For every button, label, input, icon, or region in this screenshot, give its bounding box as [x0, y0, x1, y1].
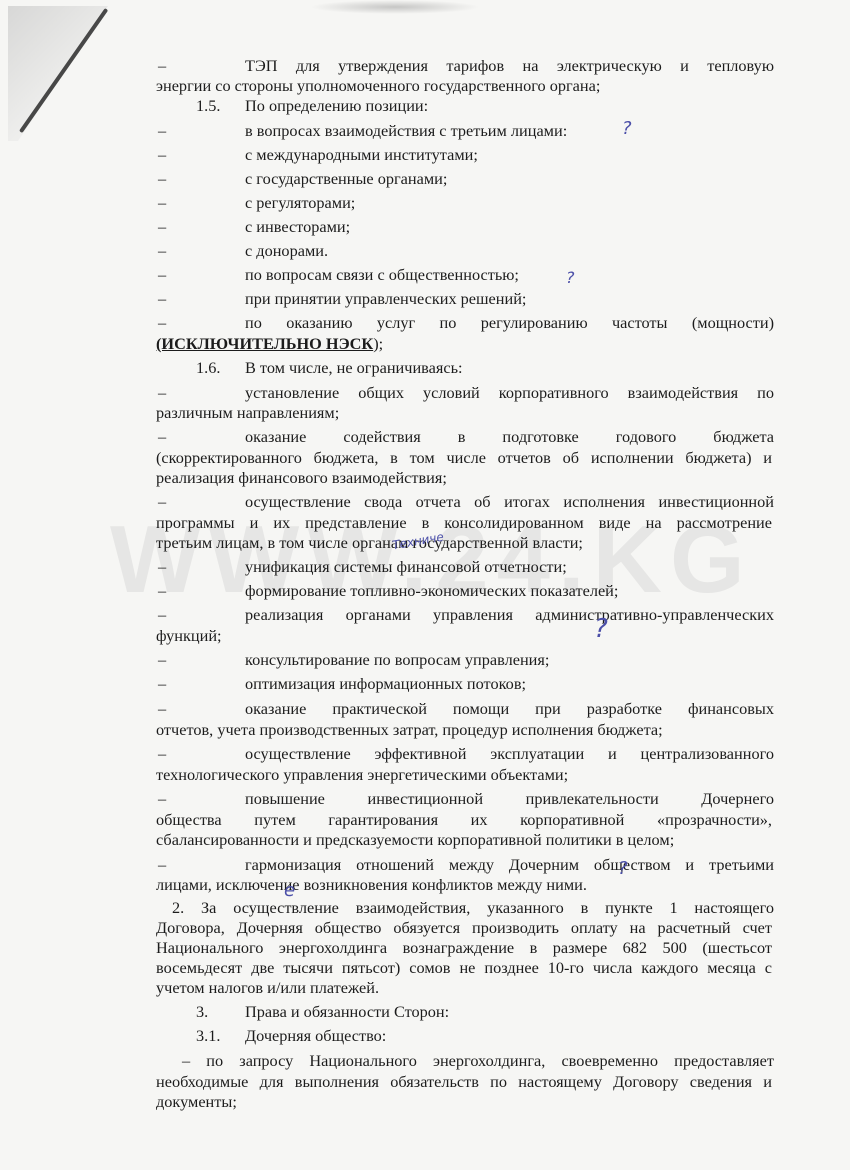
line-text: осуществление свода отчета об итогах исп… [245, 492, 774, 512]
list-item: –реализация органами управления админист… [158, 605, 774, 625]
list-item: –при принятии управленческих решений; [158, 289, 774, 309]
list-item: –с международными институтами; [158, 145, 774, 165]
section-title: По определению позиции: [245, 96, 428, 116]
list-item: –гармонизация отношений между Дочерним о… [158, 855, 774, 875]
section-2-line: 2. За осуществление взаимодействия, указ… [172, 898, 774, 918]
line-text: с государственные органами; [245, 169, 447, 189]
list-item: –оказание содействия в подготовке годово… [158, 427, 774, 447]
list-dash: – [158, 855, 166, 875]
list-item: –осуществление эффективной эксплуатации … [158, 744, 774, 764]
list-dash: – [158, 193, 166, 213]
line-text: в вопросах взаимодействия с третьим лица… [245, 121, 567, 141]
scan-smudge [310, 0, 480, 14]
line-text: консультирование по вопросам управления; [245, 650, 549, 670]
line-text: оказание практической помощи при разрабо… [245, 699, 774, 719]
list-dash: – [158, 313, 166, 333]
paragraph-line: технологического управления энергетическ… [156, 765, 772, 785]
line-text: при принятии управленческих решений; [245, 289, 526, 309]
list-dash: – [158, 789, 166, 809]
line-text: документы; [156, 1092, 237, 1111]
list-item: –оптимизация информационных потоков; [158, 674, 774, 694]
list-item: –с инвесторами; [158, 217, 774, 237]
paragraph-line: – ТЭП для утверждения тарифов на электри… [158, 56, 774, 76]
section-title: В том числе, не ограничиваясь: [245, 358, 463, 378]
list-dash: – [158, 427, 166, 447]
line-text: технологического управления энергетическ… [156, 765, 568, 784]
list-item: –по оказанию услуг по регулированию част… [158, 313, 774, 333]
paragraph-line: сбалансированности и предсказуемости кор… [156, 830, 772, 850]
list-item: –по вопросам связи с общественностью; [158, 265, 774, 285]
section-heading-1-6: 1.6. В том числе, не ограничиваясь: [158, 358, 774, 378]
section-number: 3. [196, 1002, 208, 1022]
section-title: Дочерняя общество: [245, 1026, 386, 1046]
paragraph-line: лицами, исключение возникновения конфлик… [156, 875, 772, 895]
list-dash: – [158, 121, 166, 141]
list-dash: – [158, 744, 166, 764]
paragraph-line: (ИСКЛЮЧИТЕЛЬНО НЭСК); [156, 334, 772, 354]
list-item: –оказание практической помощи при разраб… [158, 699, 774, 719]
section-heading-1-5: 1.5. По определению позиции: [158, 96, 774, 116]
list-dash: – [158, 650, 166, 670]
line-text: отчетов, учета производственных затрат, … [156, 720, 663, 739]
section-heading-3: 3. Права и обязанности Сторон: [158, 1002, 774, 1022]
list-item: –формирование топливно-экономических пок… [158, 581, 774, 601]
paragraph-line: функций; [156, 626, 772, 646]
list-dash: – [158, 241, 166, 261]
line-text: по оказанию услуг по регулированию часто… [245, 313, 774, 333]
line-text: учетом налогов и/или платежей. [156, 978, 379, 997]
paragraph-line: программы и их представление в консолиди… [156, 513, 772, 533]
list-dash: – [158, 383, 166, 403]
list-item: –с донорами. [158, 241, 774, 261]
line-text: с инвесторами; [245, 217, 350, 237]
handwritten-correction: е [284, 880, 295, 901]
section-title: Права и обязанности Сторон: [245, 1002, 449, 1022]
list-item: –консультирование по вопросам управления… [158, 650, 774, 670]
line-text: оказание содействия в подготовке годовог… [245, 427, 774, 447]
line-text: третьим лицам, в том числе органам госуд… [156, 533, 583, 552]
list-dash: – [158, 289, 166, 309]
section-heading-3-1: 3.1. Дочерняя общество: [158, 1026, 774, 1046]
section-number: 3.1. [196, 1026, 220, 1046]
line-text: гармонизация отношений между Дочерним об… [245, 855, 774, 875]
paragraph-line: необходимые для выполнения обязательств … [156, 1072, 772, 1092]
handwritten-question-mark: ? [566, 268, 575, 287]
list-item: –установление общих условий корпоративно… [158, 383, 774, 403]
handwritten-question-mark: ? [622, 118, 632, 139]
line-text: установление общих условий корпоративног… [245, 383, 774, 403]
paragraph-line: восемьдесят две тысячи пятьсот) сомов не… [156, 958, 772, 978]
list-dash: – [158, 581, 166, 601]
list-item: –с регуляторами; [158, 193, 774, 213]
line-text: лицами, исключение возникновения конфлик… [156, 875, 587, 894]
line-text: осуществление эффективной эксплуатации и… [245, 744, 774, 764]
paragraph-line: третьим лицам, в том числе органам госуд… [156, 533, 772, 553]
line-text: энергии со стороны уполномоченного госуд… [156, 76, 600, 95]
list-item: –с государственные органами; [158, 169, 774, 189]
handwritten-question-mark: ? [594, 614, 608, 644]
list-item: –в вопросах взаимодействия с третьим лиц… [158, 121, 774, 141]
paragraph-line: учетом налогов и/или платежей. [156, 978, 772, 998]
paragraph-line: (скорректированного бюджета, в том числе… [156, 448, 772, 468]
handwritten-mark: ? [618, 858, 628, 879]
paragraph-line: отчетов, учета производственных затрат, … [156, 720, 772, 740]
section-number: 1.5. [196, 96, 220, 116]
line-text: ); [373, 334, 383, 353]
list-dash: – [158, 217, 166, 237]
list-item: –повышение инвестиционной привлекательно… [158, 789, 774, 809]
line-text: ТЭП для утверждения тарифов на электриче… [245, 56, 774, 76]
list-item: –осуществление свода отчета об итогах ис… [158, 492, 774, 512]
line-text: с донорами. [245, 241, 328, 261]
list-dash: – [158, 145, 166, 165]
line-text: различным направлениям; [156, 403, 339, 422]
line-text: повышение инвестиционной привлекательнос… [245, 789, 774, 809]
line-text: функций; [156, 626, 222, 645]
scanned-page: WWW.24.KG – ТЭП для утверждения тарифов … [0, 0, 850, 1170]
paragraph-line: Договора, Дочерняя общество обязуется пр… [156, 918, 772, 938]
list-dash: – [158, 674, 166, 694]
paragraph-line: общества путем гарантирования их корпора… [156, 810, 772, 830]
line-text: по вопросам связи с общественностью; [245, 265, 519, 285]
line-text: с регуляторами; [245, 193, 355, 213]
line-text: формирование топливно-экономических пока… [245, 581, 618, 601]
paragraph-line: Национального энергохолдинга вознагражде… [156, 938, 772, 958]
emphasis-text: (ИСКЛЮЧИТЕЛЬНО НЭСК [156, 334, 373, 353]
list-dash: – [158, 699, 166, 719]
list-item: –унификация системы финансовой отчетност… [158, 557, 774, 577]
section-number: 1.6. [196, 358, 220, 378]
list-dash: – [158, 605, 166, 625]
line-text: реализация финансового взаимодействия; [156, 468, 447, 487]
line-text: сбалансированности и предсказуемости кор… [156, 830, 674, 849]
paragraph-line: документы; [156, 1092, 772, 1112]
line-text: оптимизация информационных потоков; [245, 674, 526, 694]
list-item: – по запросу Национального энергохолдинг… [182, 1051, 774, 1071]
line-text: реализация органами управления администр… [245, 605, 774, 625]
list-dash: – [158, 169, 166, 189]
line-text: унификация системы финансовой отчетности… [245, 557, 567, 577]
paragraph-line: различным направлениям; [156, 403, 772, 423]
paragraph-line: энергии со стороны уполномоченного госуд… [156, 76, 772, 96]
list-dash: – [158, 265, 166, 285]
paragraph-line: реализация финансового взаимодействия; [156, 468, 772, 488]
line-text: с международными институтами; [245, 145, 478, 165]
list-dash: – [158, 492, 166, 512]
list-dash: – [158, 56, 166, 76]
list-dash: – [158, 557, 166, 577]
